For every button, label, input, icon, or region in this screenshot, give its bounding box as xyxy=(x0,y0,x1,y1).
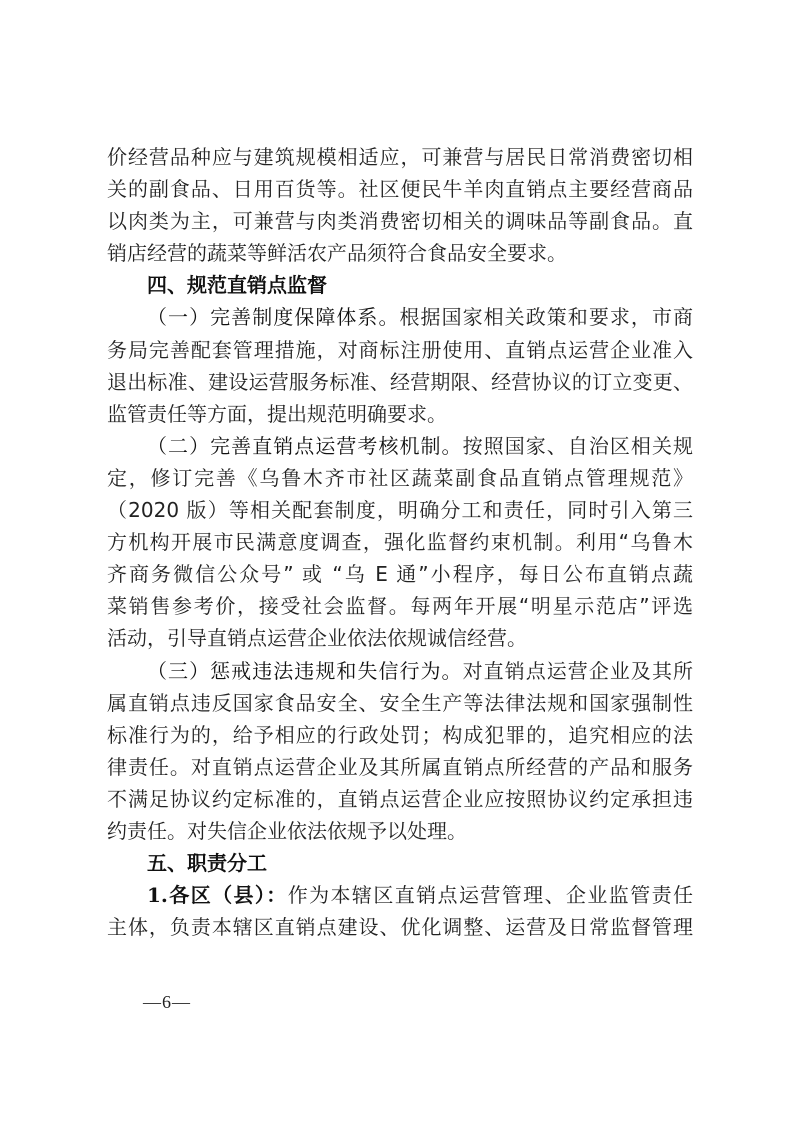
paragraph-line: 方机构开展市民满意度调查，强化监督约束机制。利用“乌鲁木 xyxy=(107,526,693,558)
subsection-first-line: 1.各区（县）：作为本辖区直销点运营管理、企业监管责任 xyxy=(107,879,693,911)
paragraph-text: 作为本辖区直销点运营管理、企业监管责任 xyxy=(288,883,693,907)
page-number: —6— xyxy=(143,992,191,1013)
paragraph-line: 定，修订完善《乌鲁木齐市社区蔬菜副食品直销点管理规范》 xyxy=(107,462,693,494)
paragraph-line: 标准行为的，给予相应的行政处罚；构成犯罪的，追究相应的法 xyxy=(107,719,693,751)
subsection-title: （二）完善直销点运营考核机制。 xyxy=(147,434,463,458)
paragraph-text: 对直销点运营企业及其所 xyxy=(463,659,693,683)
paragraph-line: 属直销点违反国家食品安全、安全生产等法律法规和国家强制性 xyxy=(107,687,693,719)
paragraph-line: 活动，引导直销点运营企业依法依规诚信经营。 xyxy=(107,622,693,654)
section-heading: 四、规范直销点监督 xyxy=(107,269,693,301)
paragraph-line: 退出标准、建设运营服务标准、经营期限、经营协议的订立变更、 xyxy=(107,366,693,398)
section-heading: 五、职责分工 xyxy=(107,847,693,879)
paragraph-line: （2020 版）等相关配套制度，明确分工和责任，同时引入第三 xyxy=(107,494,693,526)
paragraph-line: 务局完善配套管理措施，对商标注册使用、直销点运营企业准入 xyxy=(107,334,693,366)
subsection-title: 1.各区（县）： xyxy=(147,883,288,907)
paragraph-line: 价经营品种应与建筑规模相适应，可兼营与居民日常消费密切相 xyxy=(107,141,693,173)
paragraph-line: 主体，负责本辖区直销点建设、优化调整、运营及日常监督管理 xyxy=(107,911,693,943)
paragraph-line: 以肉类为主，可兼营与肉类消费密切相关的调味品等副食品。直 xyxy=(107,205,693,237)
subsection-title: （三）惩戒违法违规和失信行为。 xyxy=(147,659,463,683)
paragraph-line: 齐商务微信公众号” 或 “乌 E 通”小程序，每日公布直销点蔬 xyxy=(107,558,693,590)
paragraph-line: 销店经营的蔬菜等鲜活农产品须符合食品安全要求。 xyxy=(107,237,693,269)
paragraph-line: 律责任。对直销点运营企业及其所属直销点所经营的产品和服务 xyxy=(107,751,693,783)
document-body: 价经营品种应与建筑规模相适应，可兼营与居民日常消费密切相 关的副食品、日用百货等… xyxy=(107,141,693,943)
subsection-first-line: （三）惩戒违法违规和失信行为。对直销点运营企业及其所 xyxy=(107,655,693,687)
subsection-first-line: （一）完善制度保障体系。根据国家相关政策和要求，市商 xyxy=(107,301,693,333)
subsection-first-line: （二）完善直销点运营考核机制。按照国家、自治区相关规 xyxy=(107,430,693,462)
paragraph-text: 按照国家、自治区相关规 xyxy=(463,434,693,458)
paragraph-line: 监管责任等方面，提出规范明确要求。 xyxy=(107,398,693,430)
paragraph-line: 关的副食品、日用百货等。社区便民牛羊肉直销点主要经营商品 xyxy=(107,173,693,205)
subsection-title: （一）完善制度保障体系。 xyxy=(147,305,399,329)
paragraph-line: 约责任。对失信企业依法依规予以处理。 xyxy=(107,815,693,847)
paragraph-line: 菜销售参考价，接受社会监督。每两年开展“明星示范店”评选 xyxy=(107,590,693,622)
document-page: 价经营品种应与建筑规模相适应，可兼营与居民日常消费密切相 关的副食品、日用百货等… xyxy=(0,0,793,1122)
paragraph-text: 根据国家相关政策和要求，市商 xyxy=(399,305,693,329)
paragraph-line: 不满足协议约定标准的，直销点运营企业应按照协议约定承担违 xyxy=(107,783,693,815)
